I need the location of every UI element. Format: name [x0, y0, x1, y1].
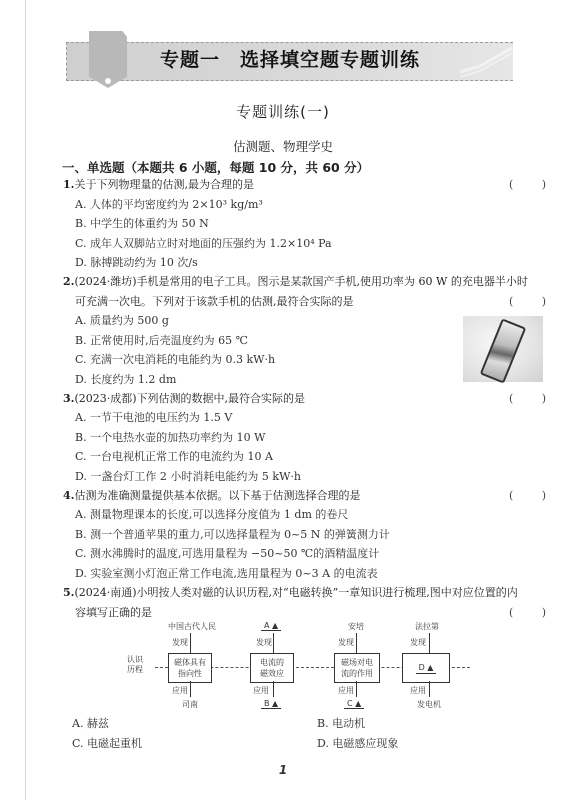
q4-option-c: C. 测水沸腾时的温度,可选用量程为 −50~50 ℃的酒精温度计 [75, 544, 379, 564]
magnetism-history-diagram: 认识历程 中国古代人民 发现 磁体具有指向性 应用 司南 A ▲ 发现 电流的磁… [110, 615, 510, 710]
node1-bottom-label: 司南 [182, 699, 198, 710]
node2-apply-label: 应用 [253, 685, 269, 696]
node1-bottom-arrow [190, 681, 191, 697]
question-1-stem: 1.关于下列物理量的估测,最为合理的是 [63, 175, 254, 195]
blank-d[interactable]: D ▲ [416, 662, 437, 674]
node3-bottom-arrow [356, 681, 357, 697]
q4-option-a: A. 测量物理课本的长度,可以选择分度值为 1 dm 的卷尺 [75, 505, 348, 525]
diagram-row-label: 认识历程 [127, 655, 143, 675]
question-2-stem: 2.(2024·潍坊)手机是常用的电子工具。图示是某款国产手机,使用功率为 60… [63, 272, 528, 292]
triangle-icon: ▲ [427, 663, 433, 672]
answer-blank-2[interactable]: () [509, 295, 546, 308]
node4-box: D ▲ [402, 653, 450, 683]
node3-apply-label: 应用 [338, 685, 354, 696]
blank-c[interactable]: C ▲ [344, 699, 364, 709]
q3-option-a: A. 一节干电池的电压约为 1.5 V [75, 408, 232, 428]
triangle-icon: ▲ [355, 699, 361, 708]
answer-blank-4[interactable]: () [509, 489, 546, 502]
chapter-title: 专题一 选择填空题专题训练 [110, 44, 470, 77]
q5-option-c: C. 电磁起重机 [72, 734, 142, 754]
q3-option-d: D. 一盏台灯工作 2 小时消耗电能约为 5 kW·h [75, 467, 301, 487]
q2-option-d: D. 长度约为 1.2 dm [75, 370, 176, 390]
node2-box: 电流的磁效应 [250, 653, 294, 683]
node2-discover-label: 发现 [256, 637, 272, 648]
node1-apply-label: 应用 [172, 685, 188, 696]
node2-bottom-arrow [273, 681, 274, 697]
q5-option-a: A. 赫兹 [72, 714, 109, 734]
q1-option-d: D. 脉搏跳动约为 10 次/s [75, 253, 198, 273]
q2-option-a: A. 质量约为 500 g [75, 311, 169, 331]
triangle-icon: ▲ [272, 699, 278, 708]
node4-top-arrow [429, 633, 430, 653]
node3-box: 磁场对电流的作用 [334, 653, 380, 683]
node4-apply-label: 应用 [410, 685, 426, 696]
banner-tab-hole [105, 78, 111, 84]
q1-option-b: B. 中学生的体重约为 50 N [75, 214, 209, 234]
answer-blank-3[interactable]: () [509, 392, 546, 405]
node3-top-arrow [356, 633, 357, 653]
triangle-icon: ▲ [272, 621, 278, 630]
q5-option-b: B. 电动机 [317, 714, 365, 734]
node2-top-arrow [273, 633, 274, 653]
q4-option-b: B. 测一个普通苹果的重力,可以选择量程为 0~5 N 的弹簧测力计 [75, 525, 390, 545]
node3-top-label: 安培 [348, 621, 364, 632]
question-2-stem-cont: 可充满一次电。下列对于该款手机的估测,最符合实际的是 [75, 292, 354, 312]
q3-option-c: C. 一台电视机正常工作的电流约为 10 A [75, 447, 273, 467]
node4-bottom-arrow [429, 681, 430, 697]
node1-top-label: 中国古代人民 [168, 621, 216, 632]
node3-discover-label: 发现 [338, 637, 354, 648]
q5-option-d: D. 电磁感应现象 [317, 734, 398, 754]
q4-option-d: D. 实验室测小灯泡正常工作电流,选用量程为 0~3 A 的电流表 [75, 564, 378, 584]
question-4-stem: 4.估测为准确测量提供基本依据。以下基于估测选择合理的是 [63, 486, 360, 506]
page-subtitle: 估测题、物理学史 [0, 137, 566, 155]
q2-option-b: B. 正常使用时,后壳温度约为 65 ℃ [75, 331, 248, 351]
node1-discover-label: 发现 [172, 637, 188, 648]
answer-blank-5[interactable]: () [509, 606, 546, 619]
page-number: 1 [0, 763, 566, 777]
node4-bottom-label: 发电机 [417, 699, 441, 710]
q3-option-b: B. 一个电热水壶的加热功率约为 10 W [75, 428, 265, 448]
section-heading: 一、单选题（本题共 6 小题，每题 10 分，共 60 分） [62, 158, 369, 176]
question-3-stem: 3.(2023·成都)下列估测的数据中,最符合实际的是 [63, 389, 305, 409]
question-5-stem: 5.(2024·南通)小明按人类对磁的认识历程,对“电磁转换”一章知识进行梳理,… [63, 583, 518, 603]
page-title: 专题训练(一) [0, 101, 566, 122]
node1-top-arrow [190, 633, 191, 653]
blank-a[interactable]: A ▲ [261, 621, 281, 631]
blank-b[interactable]: B ▲ [261, 699, 281, 709]
node1-box: 磁体具有指向性 [168, 653, 212, 683]
q1-option-c: C. 成年人双脚站立时对地面的压强约为 1.2×10⁴ Pa [75, 234, 332, 254]
node4-top-label: 法拉第 [415, 621, 439, 632]
q1-option-a: A. 人体的平均密度约为 2×10³ kg/m³ [75, 195, 263, 215]
q2-option-c: C. 充满一次电消耗的电能约为 0.3 kW·h [75, 350, 275, 370]
answer-blank-1[interactable]: () [509, 178, 546, 191]
node4-discover-label: 发现 [410, 637, 426, 648]
